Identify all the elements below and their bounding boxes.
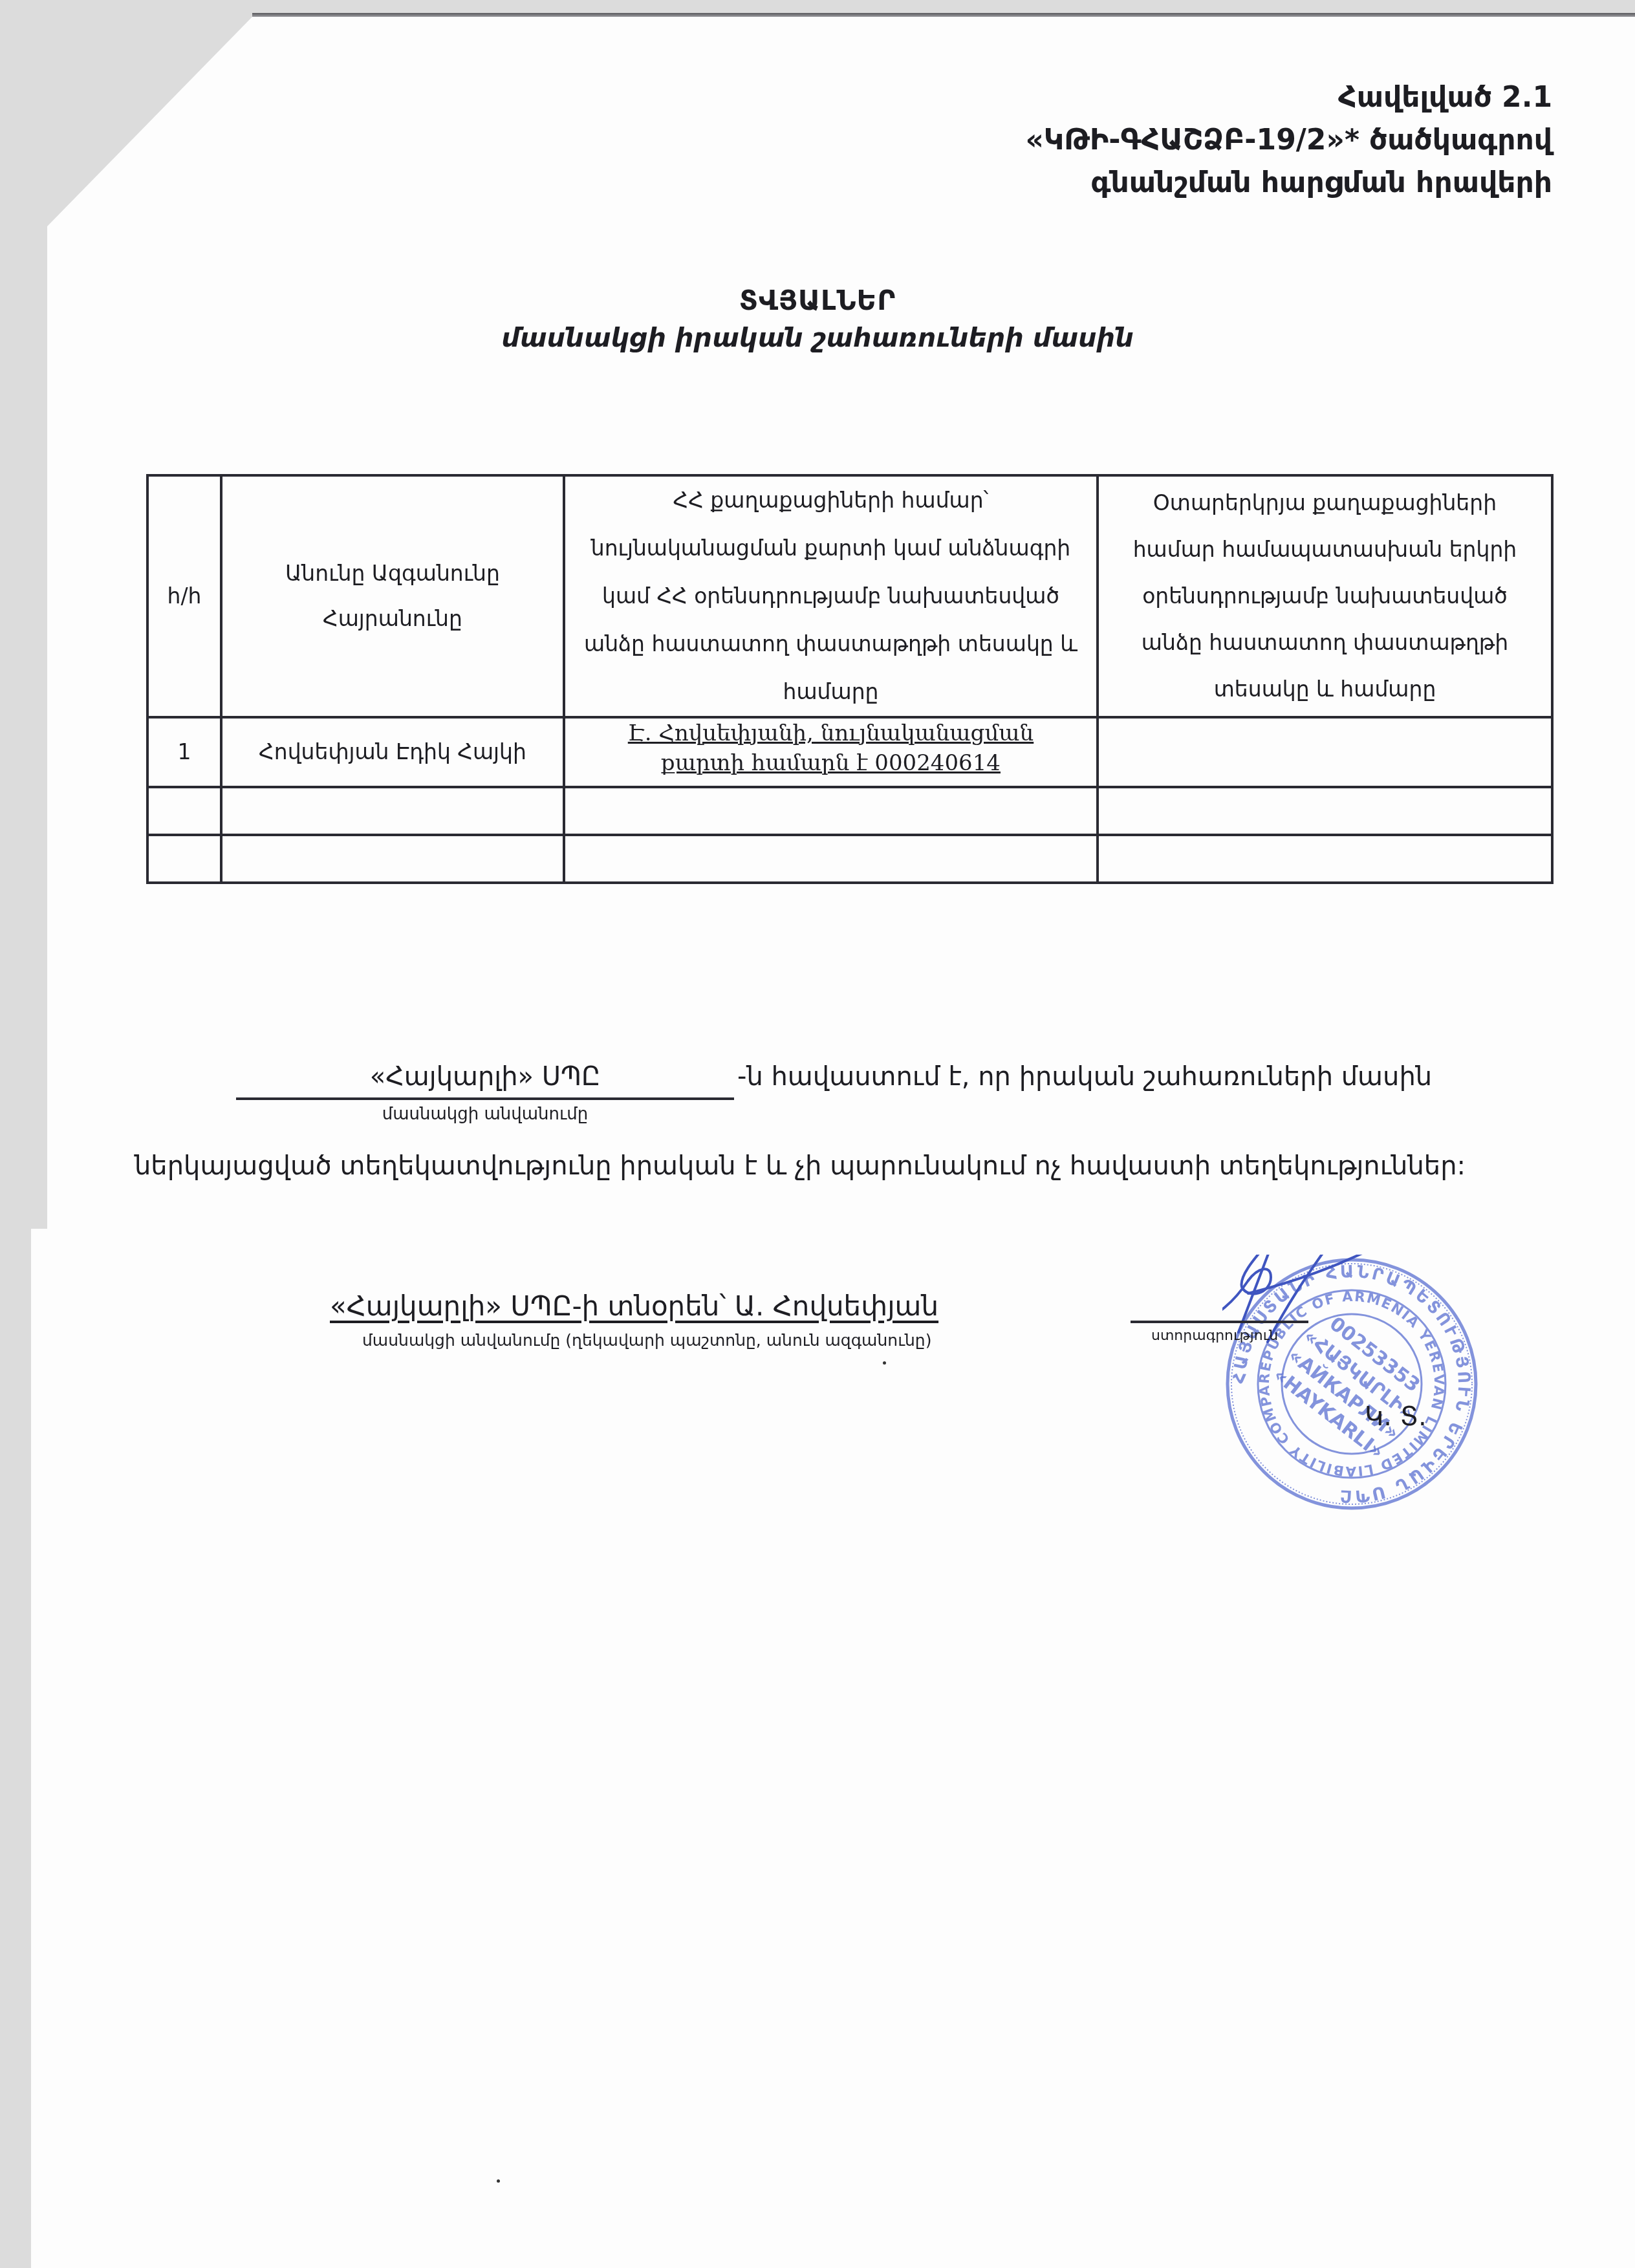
document-title: ՏՎՅԱԼՆԵՐ bbox=[0, 285, 1635, 316]
document-page bbox=[47, 16, 1635, 2268]
company-seal-stamp: ՀԱՅԱՍՏԱՆԻ ՀԱՆՐԱՊԵՏՈՒԹՅՈՒՆ ԵՐԵՎԱՆ ՍՊԸ REP… bbox=[1222, 1255, 1481, 1513]
participant-name-caption: մասնակցի անվանումը bbox=[236, 1105, 734, 1124]
cell-full-name bbox=[221, 787, 564, 835]
page-lower-left-margin bbox=[31, 1229, 50, 2268]
header-number: հ/հ bbox=[147, 475, 221, 717]
participant-name: «Հայկարլի» ՍՊԸ bbox=[236, 1062, 734, 1092]
header-full-name-text: Անունը Ազգանունը Հայրանունը bbox=[285, 561, 500, 631]
am-document-text: Է. Հովսեփյանի, նույնականացման քարտի համա… bbox=[611, 718, 1051, 778]
cell-am-document bbox=[564, 787, 1098, 835]
cell-full-name bbox=[221, 835, 564, 883]
signature-line bbox=[1131, 1321, 1308, 1323]
signatory-caption: մասնակցի անվանումը (ղեկավարի պաշտոնը, ան… bbox=[362, 1331, 931, 1350]
signatory-name: «Հայկարլի» ՍՊԸ-ի տնօրեն՝ Ա. Հովսեփյան bbox=[330, 1290, 938, 1322]
header-foreign-document: Օտարերկրյա քաղաքացիների համար համապատասխ… bbox=[1098, 475, 1552, 717]
cell-full-name: Հովսեփյան Էդիկ Հայկի bbox=[221, 717, 564, 787]
header-full-name: Անունը Ազգանունը Հայրանունը bbox=[221, 475, 564, 717]
participant-name-underline bbox=[236, 1097, 734, 1100]
declaration-text-line1: -ն հավաստում է, որ իրական շահառուների մա… bbox=[737, 1062, 1432, 1092]
cell-am-document: Է. Հովսեփյանի, նույնականացման քարտի համա… bbox=[564, 717, 1098, 787]
annex-reference: Հավելված 2.1 «ԿԹԻ-ԳՀԱՇՁԲ-19/2»* ծածկագրո… bbox=[1025, 76, 1552, 204]
ink-dot bbox=[883, 1361, 886, 1365]
cell-number: 1 bbox=[147, 717, 221, 787]
header-am-document: ՀՀ քաղաքացիների համար՝ նույնականացման քա… bbox=[564, 475, 1098, 717]
table-row: 1 Հովսեփյան Էդիկ Հայկի Է. Հովսեփյանի, նո… bbox=[147, 717, 1552, 787]
cell-foreign-document bbox=[1098, 835, 1552, 883]
cell-foreign-document bbox=[1098, 717, 1552, 787]
table-row bbox=[147, 787, 1552, 835]
cell-number bbox=[147, 835, 221, 883]
cell-am-document bbox=[564, 835, 1098, 883]
table-header-row: հ/հ Անունը Ազգանունը Հայրանունը ՀՀ քաղաք… bbox=[147, 475, 1552, 717]
table-row bbox=[147, 835, 1552, 883]
ink-dot bbox=[497, 2179, 500, 2183]
page-top-edge bbox=[252, 13, 1635, 17]
cell-foreign-document bbox=[1098, 787, 1552, 835]
cell-number bbox=[147, 787, 221, 835]
annex-invitation: գնանշման հարցման հրավերի bbox=[1025, 162, 1552, 204]
beneficial-owners-table: հ/հ Անունը Ազգանունը Հայրանունը ՀՀ քաղաք… bbox=[146, 474, 1554, 884]
declaration-text-line2: ներկայացված տեղեկատվությունը իրական է և … bbox=[135, 1151, 1466, 1181]
annex-number: Հավելված 2.1 bbox=[1025, 76, 1552, 119]
seal-place-label: Կ. Տ. bbox=[1365, 1402, 1427, 1432]
annex-code: «ԿԹԻ-ԳՀԱՇՁԲ-19/2»* ծածկագրով bbox=[1025, 119, 1552, 162]
signature-caption: ստորագրություն bbox=[1151, 1328, 1278, 1344]
document-subtitle: մասնակցի իրական շահառուների մասին bbox=[0, 323, 1635, 353]
